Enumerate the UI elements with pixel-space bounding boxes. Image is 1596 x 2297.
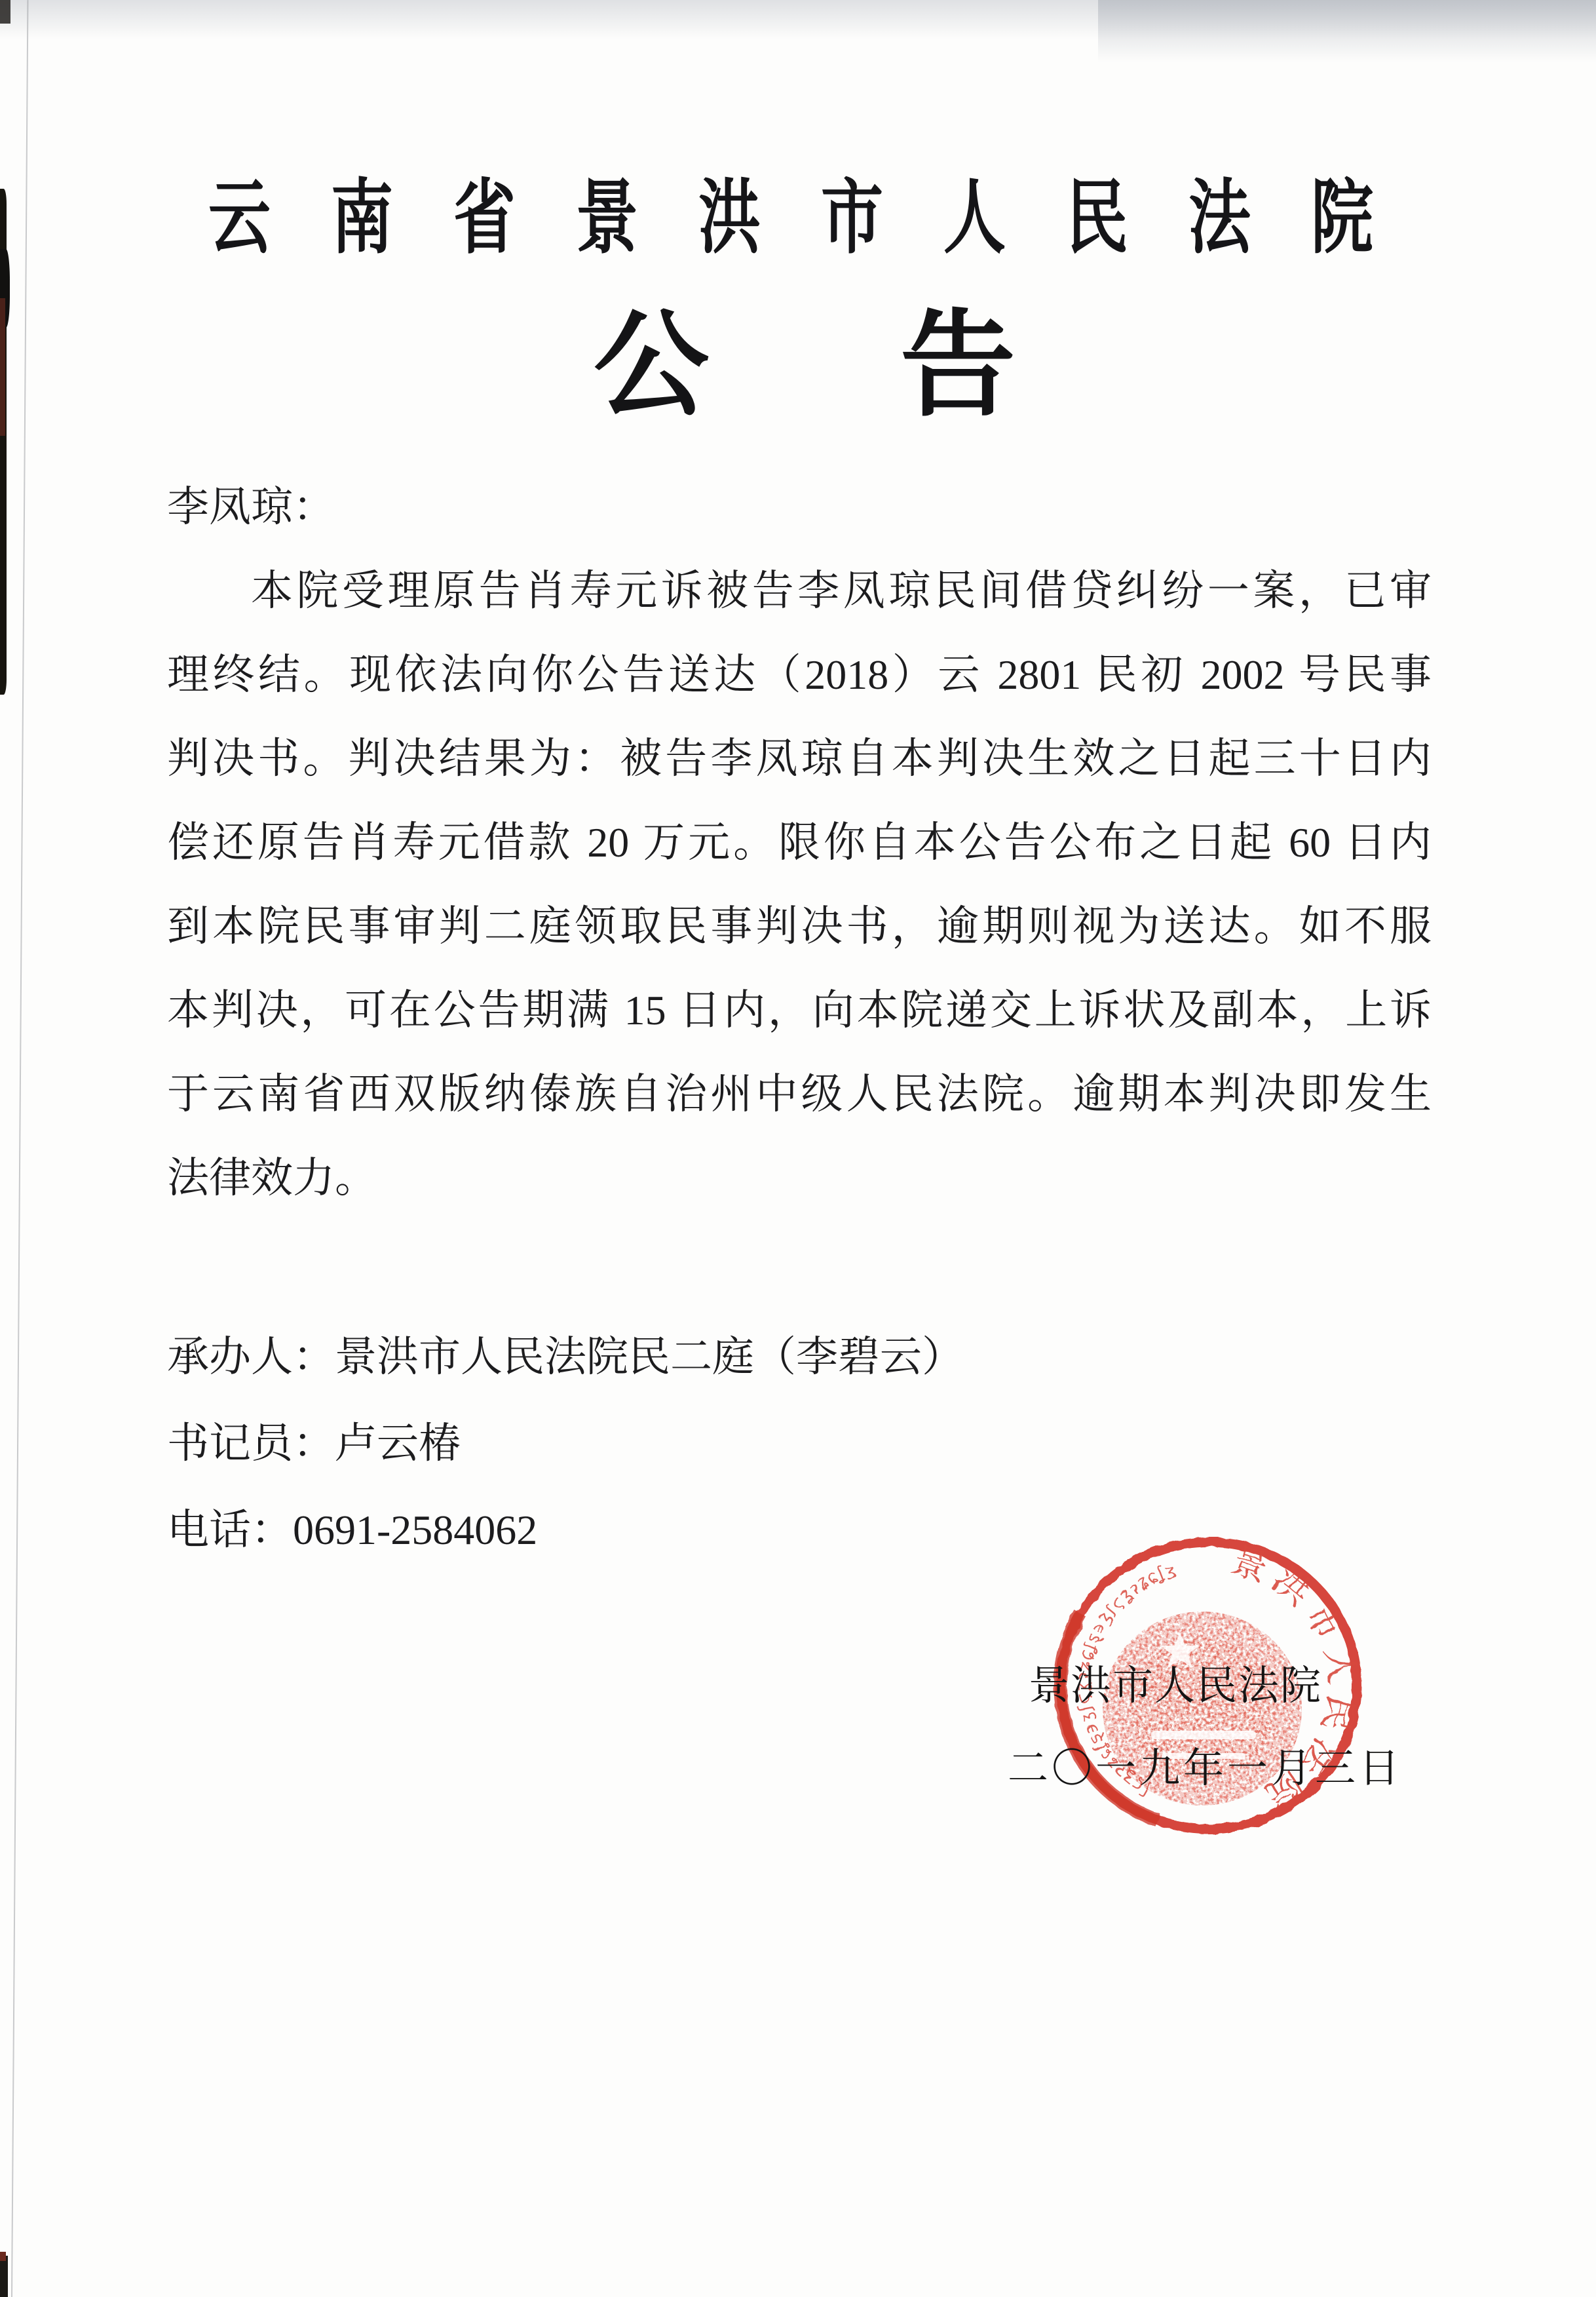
body-line: 判决书。判决结果为：被告李凤琼自本判决生效之日起三十日内 [167,717,1432,801]
scan-corner-mark-bottom-left [0,2256,8,2297]
scan-top-right-shadow [1098,0,1596,62]
recipient-line: 李凤琼： [167,465,1432,549]
notice-body: 李凤琼： 本院受理原告肖寿元诉被告李凤琼民间借贷纠纷一案，已审 理终结。现依法向… [167,465,1432,1220]
body-line: 偿还原告肖寿元借款 20 万元。限你自本公告公布之日起 60 日内 [167,801,1432,885]
handler-line: 承办人：景洪市人民法院民二庭（李碧云） [167,1314,1432,1400]
scanner-line-artifact [11,0,28,2297]
body-line: 理终结。现依法向你公告送达（2018）云 2801 民初 2002 号民事 [167,633,1432,717]
scan-corner-mark-bottom-left-red [0,2252,6,2261]
contact-block: 承办人：景洪市人民法院民二庭（李碧云） 书记员：卢云椿 电话：0691-2584… [167,1314,1432,1573]
scanned-court-notice-page: { "document": { "court_name": "云南省景洪市人民法… [0,0,1596,2297]
signature-date: 二〇一九年一月三日 [1008,1748,1403,1789]
scan-corner-mark-top-left [0,0,10,24]
body-line: 于云南省西双版纳傣族自治州中级人民法院。逾期本判决即发生 [167,1052,1432,1136]
scan-edge-strip-red-tint [0,298,5,436]
court-name-heading: 云南省景洪市人民法院 [208,178,1388,260]
notice-title: 公告 [594,307,1207,428]
body-line: 本院受理原告肖寿元诉被告李凤琼民间借贷纠纷一案，已审 [167,549,1432,633]
signature-court-name: 景洪市人民法院 [1029,1666,1322,1707]
body-line-last: 法律效力。 [167,1136,1432,1220]
body-line: 到本院民事审判二庭领取民事判决书，逾期则视为送达。如不服 [167,885,1432,969]
body-line: 本判决，可在公告期满 15 日内，向本院递交上诉状及副本，上诉 [167,969,1432,1052]
clerk-line: 书记员：卢云椿 [167,1400,1432,1487]
